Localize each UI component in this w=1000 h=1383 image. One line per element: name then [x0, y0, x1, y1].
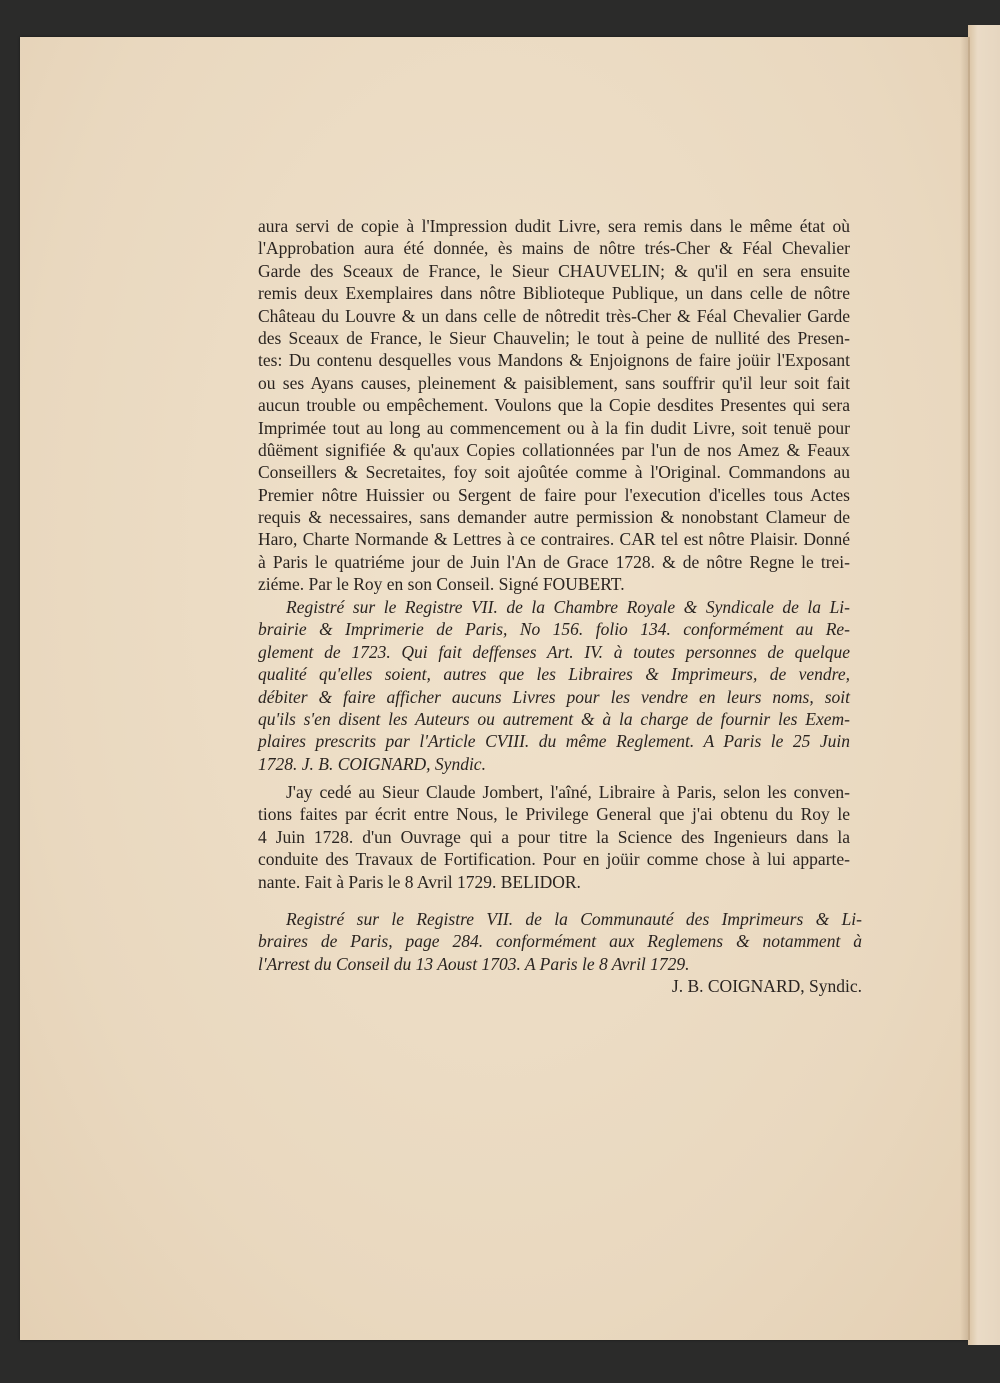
text-line: aura servi de copie à l'Impression dudit…: [258, 215, 850, 237]
next-page-edge: [968, 25, 1000, 1345]
text-line: braires de Paris, page 284. conformément…: [258, 930, 862, 952]
text-line: J'ay cedé au Sieur Claude Jombert, l'aîn…: [258, 781, 850, 803]
privilege-paragraph: aura servi de copie à l'Impression dudit…: [258, 215, 850, 596]
text-line: remis deux Exemplaires dans nôtre Biblio…: [258, 282, 850, 304]
text-line: Registré sur le Registre VII. de la Cham…: [258, 596, 850, 618]
text-line: tes: Du contenu desquelles vous Mandons …: [258, 349, 850, 371]
text-line: Haro, Charte Normande & Lettres à ce con…: [258, 528, 850, 550]
text-line: brairie & Imprimerie de Paris, No 156. f…: [258, 618, 850, 640]
text-line: Premier nôtre Huissier ou Sergent de fai…: [258, 484, 850, 506]
text-line: conduite des Travaux de Fortification. P…: [258, 848, 850, 870]
text-line: nante. Fait à Paris le 8 Avril 1729. BEL…: [258, 871, 850, 893]
text-line: tions faites par écrit entre Nous, le Pr…: [258, 803, 850, 825]
text-line: Garde des Sceaux de France, le Sieur CHA…: [258, 260, 850, 282]
text-line: Registré sur le Registre VII. de la Comm…: [258, 908, 862, 930]
text-line: qu'ils s'en disent les Auteurs ou autrem…: [258, 708, 850, 730]
text-line: Imprimée tout au long au commencement ou…: [258, 417, 850, 439]
text-line: 4 Juin 1728. d'un Ouvrage qui a pour tit…: [258, 826, 850, 848]
signature: J. B. COIGNARD, Syndic.: [258, 975, 862, 997]
text-line: ou ses Ayans causes, pleinement & paisib…: [258, 372, 850, 394]
text-line: qualité qu'elles soient, autres que les …: [258, 663, 850, 685]
cession-paragraph: J'ay cedé au Sieur Claude Jombert, l'aîn…: [258, 781, 850, 893]
text-line: des Sceaux de France, le Sieur Chauvelin…: [258, 327, 850, 349]
text-line: requis & necessaires, sans demander autr…: [258, 506, 850, 528]
text-line: l'Arrest du Conseil du 13 Aoust 1703. A …: [258, 953, 862, 975]
text-line: Conseillers & Secretaites, foy soit ajoû…: [258, 461, 850, 483]
text-line: l'Approbation aura été donnée, ès mains …: [258, 237, 850, 259]
registre-chambre-paragraph: Registré sur le Registre VII. de la Cham…: [258, 596, 850, 775]
page-fold-shadow: [960, 37, 970, 1340]
text-line: plaires prescrits par l'Article CVIII. d…: [258, 730, 850, 752]
text-line: ziéme. Par le Roy en son Conseil. Signé …: [258, 573, 850, 595]
text-line: dûëment signifiée & qu'aux Copies collat…: [258, 439, 850, 461]
text-line: aucun trouble ou empêchement. Voulons qu…: [258, 394, 850, 416]
text-line: 1728. J. B. COIGNARD, Syndic.: [258, 753, 850, 775]
registre-communaute-paragraph: Registré sur le Registre VII. de la Comm…: [258, 908, 862, 998]
text-line: débiter & faire afficher aucuns Livres p…: [258, 686, 850, 708]
text-line: à Paris le quatriéme jour de Juin l'An d…: [258, 551, 850, 573]
text-line: glement de 1723. Qui fait deffenses Art.…: [258, 641, 850, 663]
text-line: Château du Louvre & un dans celle de nôt…: [258, 305, 850, 327]
